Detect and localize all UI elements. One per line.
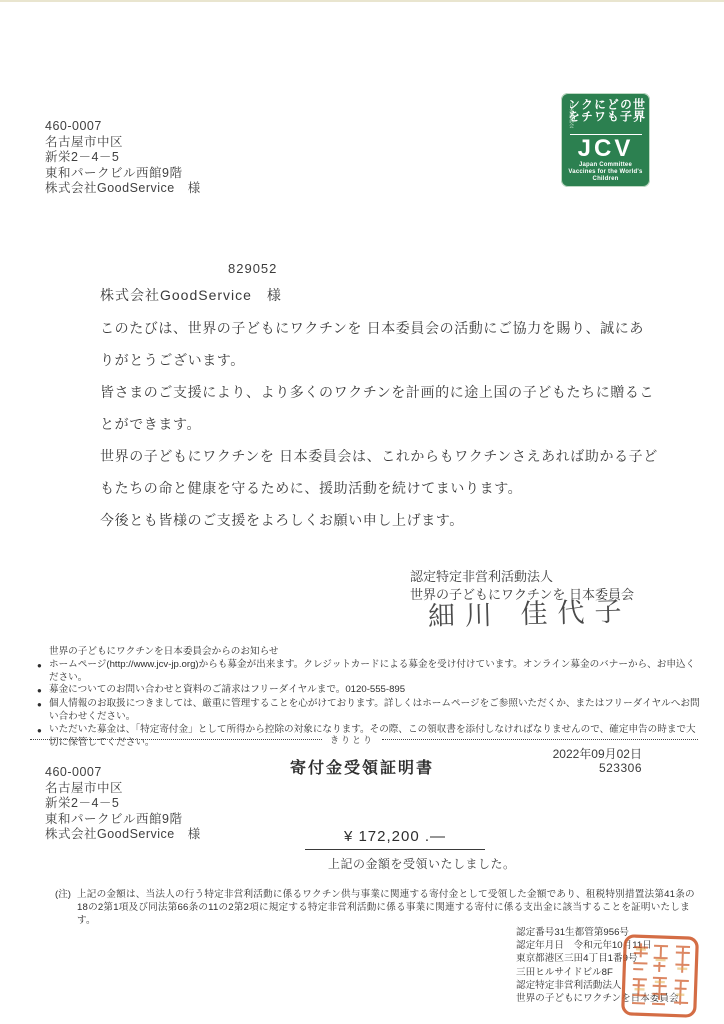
jcv-logo-caption: Japan Committee Vaccines for the World's… xyxy=(565,162,646,183)
address-building: 東和パークビル西館9階 xyxy=(45,166,201,182)
letter-body: このたびは、世界の子どもにワクチンを 日本委員会の活動にご協力を賜り、誠にありが… xyxy=(100,312,658,536)
jcv-logo-vertical-text: 世界の子どもにワクチンを xyxy=(567,98,645,131)
scanned-letter-page: 460-0007 名古屋市中区 新栄2－4－5 東和パークビル西館9階 株式会社… xyxy=(0,0,724,1024)
organization-seal-stamp xyxy=(620,933,701,1020)
notice-item: ● 募金についてのお問い合わせと資料のご請求はフリーダイヤルまで。0120-55… xyxy=(37,684,702,698)
letter-paragraph-4: 今後とも皆様のご支援をよろしくお願い申し上げます。 xyxy=(100,504,658,536)
legal-note-label: (注) xyxy=(55,888,77,927)
notice-title: 世界の子どもにワクチンを日本委員会からのお知らせ xyxy=(37,646,702,659)
postal-code: 460-0007 xyxy=(45,119,201,135)
notice-item-text: 個人情報のお取扱につきましては、厳重に管理することを心がけております。詳しくはホ… xyxy=(49,698,702,724)
legal-note-text: 上記の金額は、当法人の行う特定非営利活動に係るワクチン供与事業に関連する寄付金と… xyxy=(77,888,703,927)
address-street: 新栄2－4－5 xyxy=(45,796,201,812)
cut-line-dashes xyxy=(382,739,698,740)
recipient-address-block: 460-0007 名古屋市中区 新栄2－4－5 東和パークビル西館9階 株式会社… xyxy=(45,119,201,197)
signature-block: 認定特定非営利活動法人 世界の子どもにワクチンを 日本委員会 細川 佳代子 xyxy=(410,568,634,628)
receipt-date: 2022年09月02日 xyxy=(500,745,642,762)
notice-item-text: ホームページ(http://www.jcv-jp.org)からも募金が出来ます。… xyxy=(49,659,702,685)
legal-note: (注) 上記の金額は、当法人の行う特定非営利活動に係るワクチン供与事業に関連する… xyxy=(55,888,703,927)
bullet-icon: ● xyxy=(37,698,49,724)
received-confirmation: 上記の金額を受領いたしました。 xyxy=(328,855,516,872)
receipt-number: 523306 xyxy=(500,761,642,775)
notice-item: ● ホームページ(http://www.jcv-jp.org)からも募金が出来ま… xyxy=(37,659,702,685)
notice-item: ● 個人情報のお取扱につきましては、厳重に管理することを心がけております。詳しく… xyxy=(37,698,702,724)
receipt-title: 寄付金受領証明書 xyxy=(262,755,462,778)
letter-paragraph-2: 皆さまのご支援により、より多くのワクチンを計画的に途上国の子どもたちに贈ることが… xyxy=(100,376,658,440)
letter-paragraph-1: このたびは、世界の子どもにワクチンを 日本委員会の活動にご協力を賜り、誠にありが… xyxy=(100,312,658,376)
jcv-logo: 世界の子どもにワクチンを 日本委員会 JCV Japan Committee V… xyxy=(561,93,650,187)
address-city: 名古屋市中区 xyxy=(45,781,201,797)
signature-org-type: 認定特定非営利活動法人 xyxy=(410,568,634,586)
address-recipient: 株式会社GoodService 様 xyxy=(45,181,201,197)
letter-paragraph-3: 世界の子どもにワクチンを 日本委員会は、これからもワクチンさえあれば助かる子ども… xyxy=(100,440,658,504)
handwritten-signature: 細川 佳代子 xyxy=(428,603,632,626)
address-building: 東和パークビル西館9階 xyxy=(45,812,201,828)
cut-line-label: きりとり xyxy=(322,733,382,746)
cut-line-dashes xyxy=(30,739,322,740)
bullet-icon: ● xyxy=(37,659,49,685)
reference-number: 829052 xyxy=(228,261,277,276)
jcv-logo-subtext: 日本委員会 xyxy=(568,103,575,128)
address-recipient: 株式会社GoodService 様 xyxy=(45,827,201,843)
receipt-address-block: 460-0007 名古屋市中区 新栄2－4－5 東和パークビル西館9階 株式会社… xyxy=(45,765,201,843)
bullet-icon: ● xyxy=(37,684,49,698)
address-street: 新栄2－4－5 xyxy=(45,150,201,166)
address-city: 名古屋市中区 xyxy=(45,135,201,151)
donation-amount: ¥ 172,200 .— xyxy=(344,828,446,845)
postal-code: 460-0007 xyxy=(45,765,201,781)
salutation: 株式会社GoodService 様 xyxy=(100,285,282,305)
notice-item-text: 募金についてのお問い合わせと資料のご請求はフリーダイヤルまで。0120-555-… xyxy=(49,684,702,698)
donation-amount-underline: ¥ 172,200 .— xyxy=(305,828,485,850)
jcv-logo-acronym: JCV xyxy=(578,136,634,162)
